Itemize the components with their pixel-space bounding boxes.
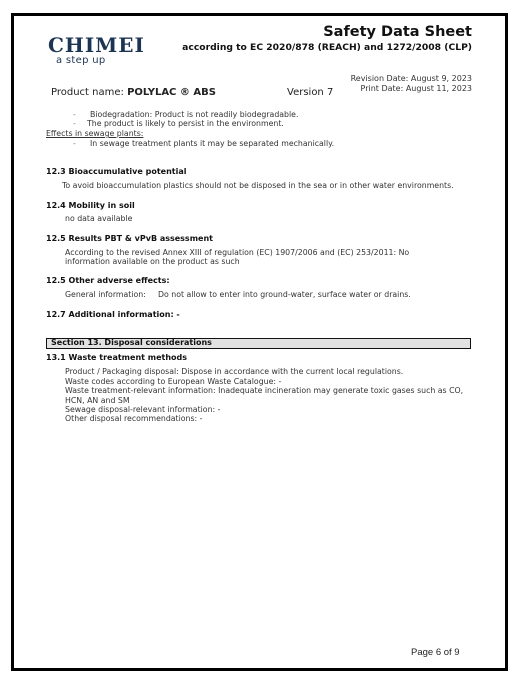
bullet-marker: - [73, 139, 76, 148]
section-12-3-heading: 12.3 Bioaccumulative potential [46, 167, 186, 176]
product-label: Product name: [51, 87, 127, 98]
section-12-4-heading: 12.4 Mobility in soil [46, 201, 135, 210]
waste-line: Waste treatment-relevant information: In… [65, 386, 463, 395]
revision-date: Revision Date: August 9, 2023 [351, 74, 472, 83]
print-date: Print Date: August 11, 2023 [361, 84, 472, 93]
persistence-bullet: The product is likely to persist in the … [87, 119, 284, 128]
general-info-text: Do not allow to enter into ground-water,… [158, 290, 411, 299]
product-value: POLYLAC ® ABS [127, 87, 216, 98]
product-name: Product name: POLYLAC ® ABS [51, 87, 216, 98]
section-13-title: Section 13. Disposal considerations [51, 338, 212, 347]
waste-line: Product / Packaging disposal: Dispose in… [65, 367, 403, 376]
general-info-label: General information: [65, 290, 146, 299]
document-subtitle: according to EC 2020/878 (REACH) and 127… [182, 42, 472, 53]
company-tagline: a step up [56, 55, 106, 66]
section-12-5-pbt-heading: 12.5 Results PBT & vPvB assessment [46, 234, 213, 243]
section-12-4-text: no data available [65, 214, 132, 223]
persistence-bullet: Biodegradation: Product is not readily b… [90, 110, 298, 119]
page-number: Page 6 of 9 [411, 647, 460, 658]
section-12-5-adverse-heading: 12.5 Other adverse effects: [46, 276, 170, 285]
sewage-heading: Effects in sewage plants: [46, 129, 143, 138]
sewage-bullet: In sewage treatment plants it may be sep… [90, 139, 334, 148]
waste-line: Waste codes according to European Waste … [65, 377, 281, 386]
section-13-1-heading: 13.1 Waste treatment methods [46, 353, 187, 362]
waste-line: Sewage disposal-relevant information: - [65, 405, 220, 414]
version: Version 7 [287, 87, 333, 98]
section-12-5-pbt-line: According to the revised Annex XIII of r… [65, 248, 409, 257]
document-title: Safety Data Sheet [323, 24, 472, 40]
waste-line: Other disposal recommendations: - [65, 414, 202, 423]
section-12-3-text: To avoid bioaccumulation plastics should… [62, 181, 454, 190]
bullet-marker: - [73, 119, 76, 128]
section-12-7-heading: 12.7 Additional information: - [46, 310, 180, 319]
waste-line: HCN, AN and SM [65, 396, 130, 405]
company-logo: CHIMEI [48, 33, 145, 57]
section-12-5-pbt-line: information available on the product as … [65, 257, 240, 266]
bullet-marker: - [73, 110, 76, 119]
section-13-bar: Section 13. Disposal considerations [46, 338, 471, 349]
